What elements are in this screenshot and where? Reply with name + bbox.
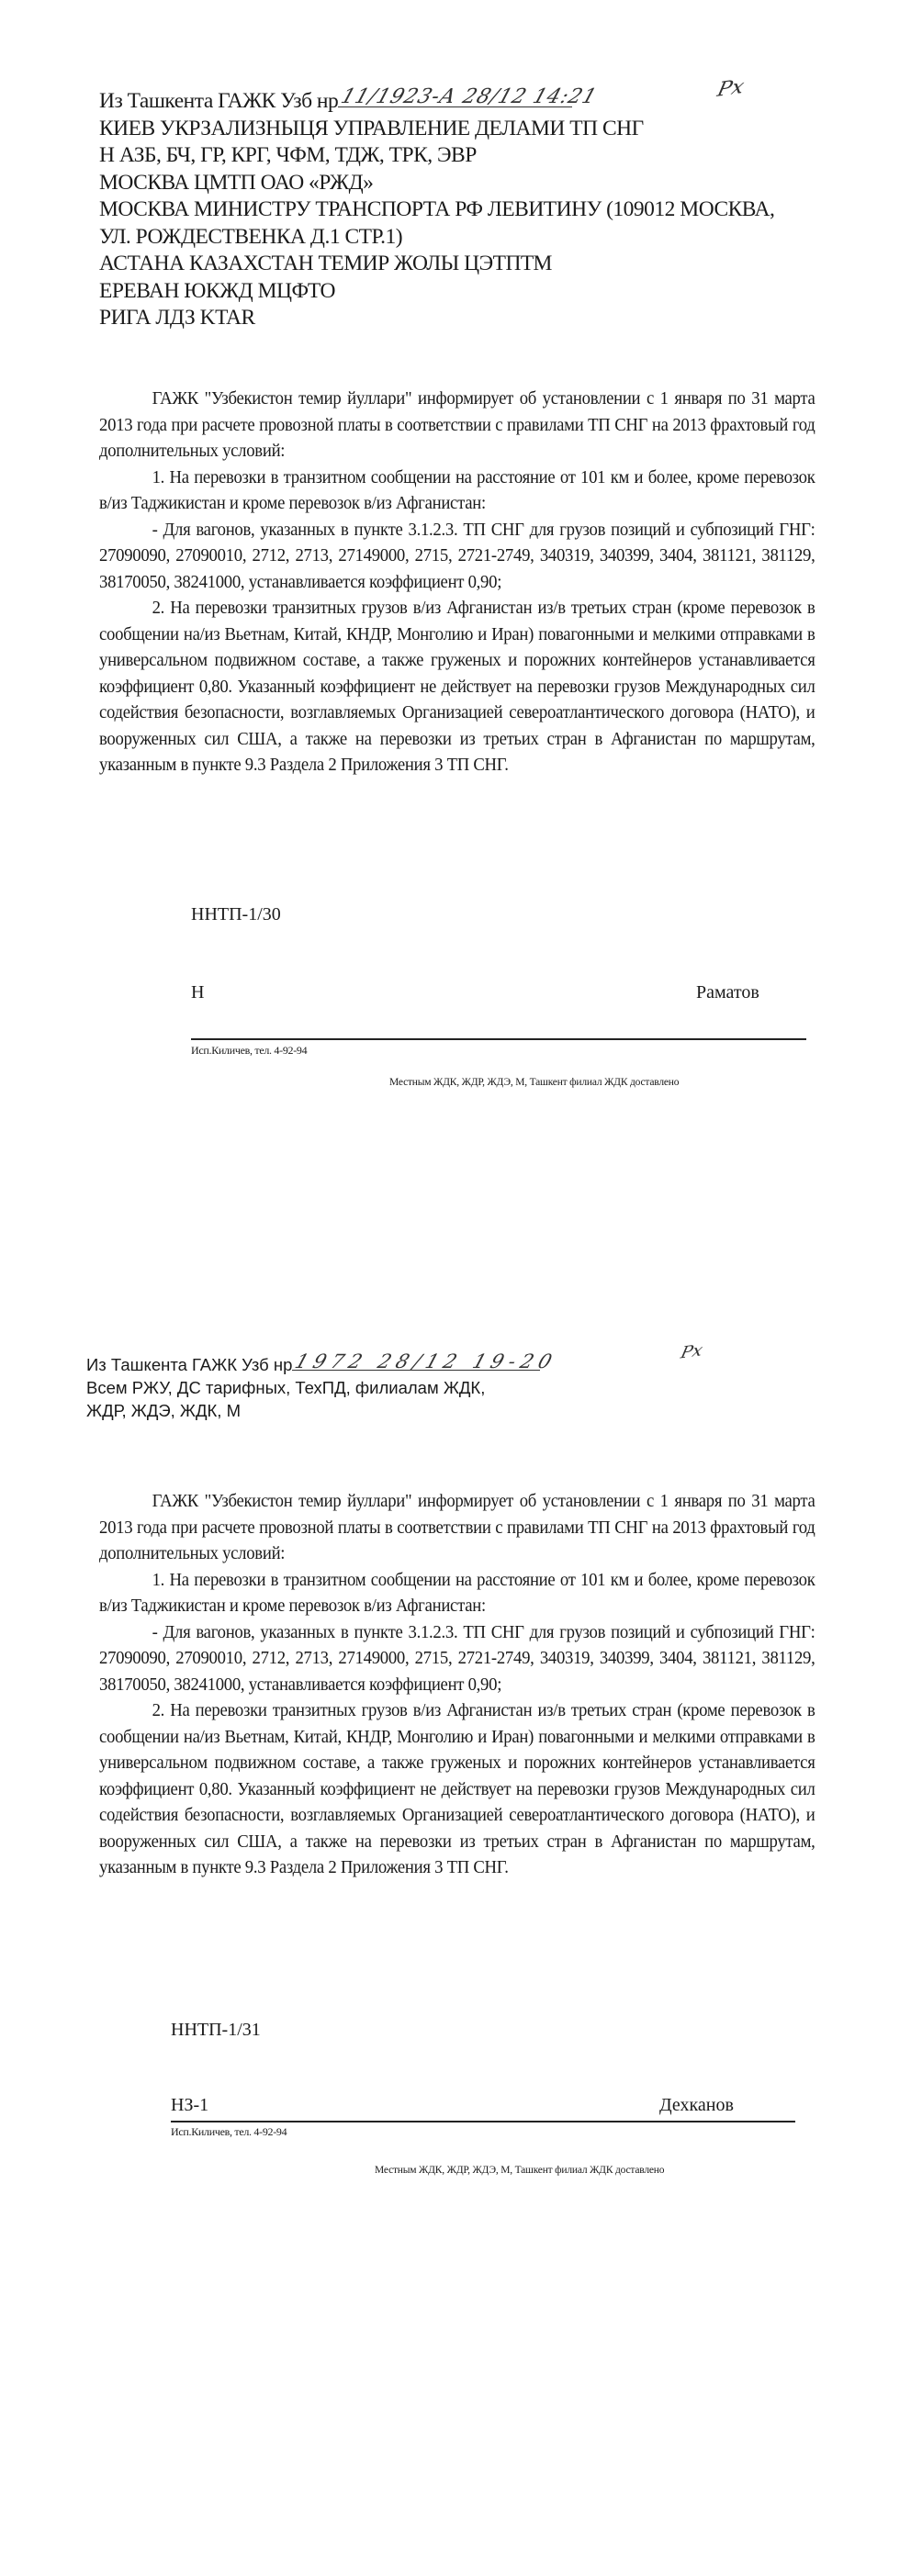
addressee-line: Всем РЖУ, ДС тарифных, ТехПД, филиалам Ж… <box>86 1376 540 1399</box>
handwritten-registration: 1972 28/12 19-20 <box>292 1350 560 1373</box>
handwritten-initials: Рх <box>679 1341 704 1363</box>
telegram-2-header: Из Ташкента ГАЖК Узб нр1972 28/12 19-20 … <box>86 1351 540 1422</box>
addressee-line: ЖДР, ЖДЭ, ЖДК, М <box>86 1399 540 1422</box>
addressee-line: Н АЗБ, БЧ, ГР, КРГ, ЧФМ, ТДЖ, ТРК, ЭВР <box>99 142 774 170</box>
sender-label: Из Ташкента ГАЖК Узб нр <box>86 1355 292 1374</box>
clause-1: 1. На перевозки в транзитном сообщении н… <box>99 1568 815 1620</box>
clause-1-detail: - Для вагонов, указанных в пункте 3.1.2.… <box>99 1620 815 1699</box>
clause-1-detail: - Для вагонов, указанных в пункте 3.1.2.… <box>99 518 815 597</box>
intro-paragraph: ГАЖК "Узбекистон темир йуллари" информир… <box>99 386 815 465</box>
delivery-note: Местным ЖДК, ЖДР, ЖДЭ, М, Ташкент филиал… <box>389 1077 679 1088</box>
reference-number: ННТП-1/30 <box>191 904 281 925</box>
telegram-2-body: ГАЖК "Узбекистон темир йуллари" информир… <box>99 1489 815 1882</box>
intro-paragraph: ГАЖК "Узбекистон темир йуллари" информир… <box>99 1489 815 1568</box>
divider <box>191 1038 806 1040</box>
reference-number: ННТП-1/31 <box>171 2020 261 2041</box>
clause-2: 2. На перевозки транзитных грузов в/из А… <box>99 596 815 779</box>
registration-field: 1972 28/12 19-20 <box>292 1351 540 1371</box>
executor-info: Исп.Киличев, тел. 4-92-94 <box>171 2125 287 2139</box>
clause-1: 1. На перевозки в транзитном сообщении н… <box>99 465 815 518</box>
delivery-note: Местным ЖДК, ЖДР, ЖДЭ, М, Ташкент филиал… <box>375 2165 664 2176</box>
handwritten-registration: 11/1923-А 28/12 14:21 <box>337 84 601 111</box>
addressee-line: УЛ. РОЖДЕСТВЕНКА Д.1 СТР.1) <box>99 224 774 252</box>
addressee-line: МОСКВА МИНИСТРУ ТРАНСПОРТА РФ ЛЕВИТИНУ (… <box>99 196 774 224</box>
signatory-name: Дехканов <box>659 2095 734 2116</box>
clause-2: 2. На перевозки транзитных грузов в/из А… <box>99 1698 815 1882</box>
addressee-line: МОСКВА ЦМТП ОАО «РЖД» <box>99 170 774 197</box>
sender-line: Из Ташкента ГАЖК Узб нр1972 28/12 19-20 <box>86 1351 540 1376</box>
signature-position: Н <box>191 982 204 1003</box>
addressee-line: КИЕВ УКРЗАЛИЗНЫЦЯ УПРАВЛЕНИЕ ДЕЛАМИ ТП С… <box>99 116 774 143</box>
telegram-1-header: Из Ташкента ГАЖК Узб нр11/1923-А 28/12 1… <box>99 86 774 332</box>
addressee-line: РИГА ЛДЗ KTAR <box>99 305 774 332</box>
signature-position: НЗ-1 <box>171 2095 208 2116</box>
executor-info: Исп.Киличев, тел. 4-92-94 <box>191 1044 307 1058</box>
signatory-name: Раматов <box>696 982 759 1003</box>
divider <box>171 2121 795 2122</box>
addressee-line: ЕРЕВАН ЮКЖД МЦФТО <box>99 278 774 306</box>
sender-label: Из Ташкента ГАЖК Узб нр <box>99 89 338 113</box>
registration-field: 11/1923-А 28/12 14:21 <box>338 86 572 107</box>
addressee-line: АСТАНА КАЗАХСТАН ТЕМИР ЖОЛЫ ЦЭТПТМ <box>99 251 774 278</box>
telegram-1-body: ГАЖК "Узбекистон темир йуллари" информир… <box>99 386 815 779</box>
sender-line: Из Ташкента ГАЖК Узб нр11/1923-А 28/12 1… <box>99 86 774 116</box>
